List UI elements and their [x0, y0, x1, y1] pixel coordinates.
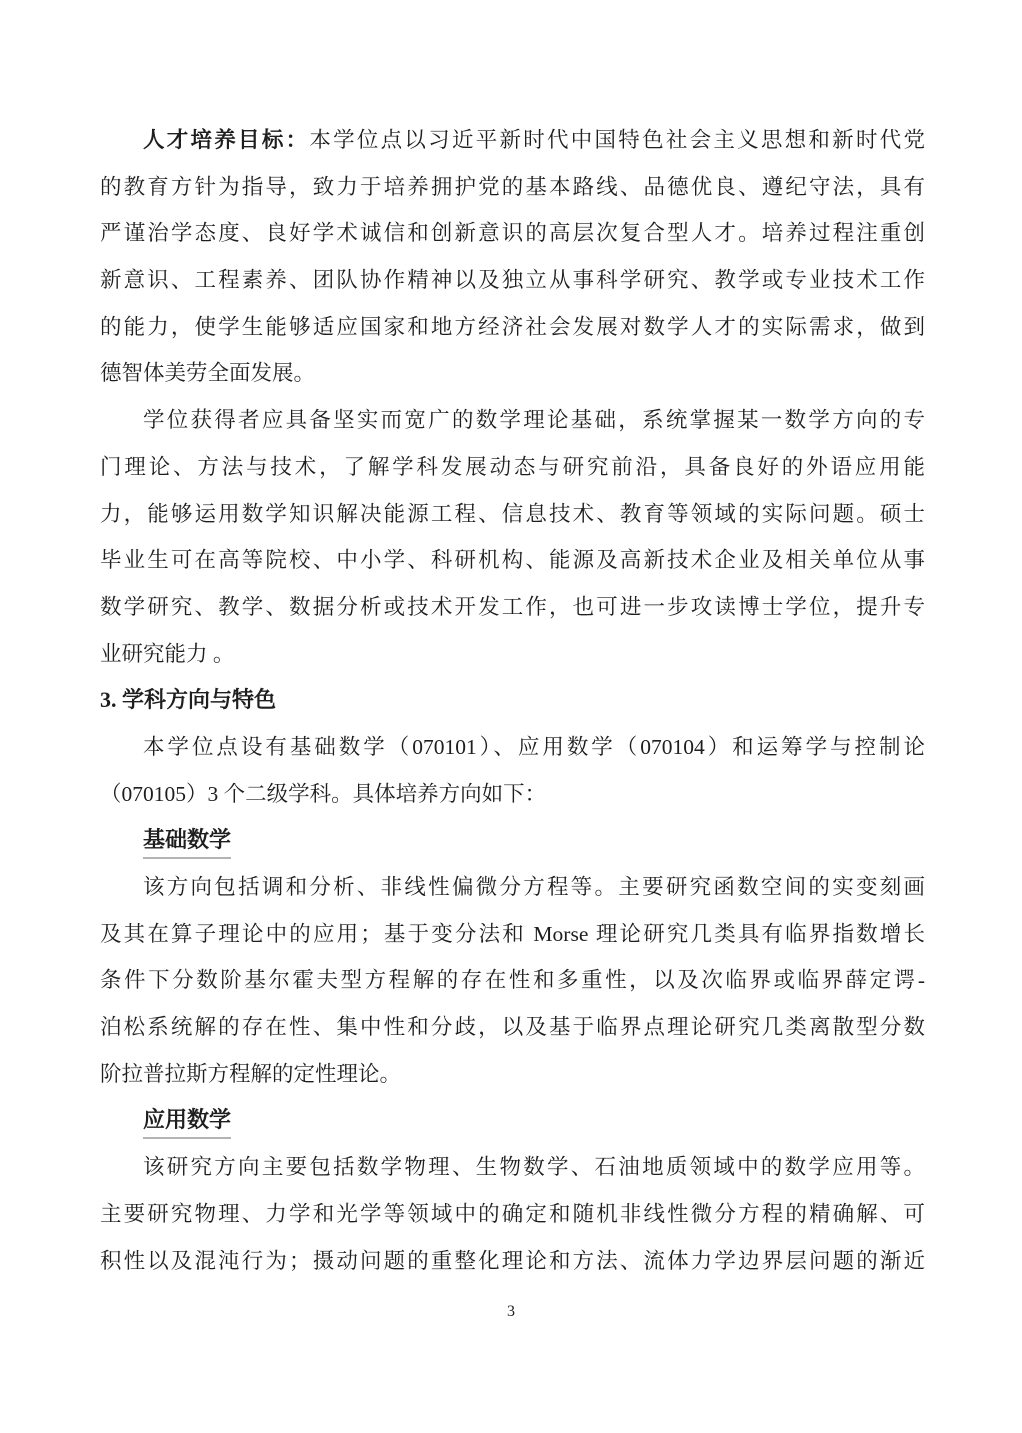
paragraph-applied-mathematics-line: 主要研究物理、力学和光学等领域中的确定和随机非线性微分方程的精确解、可 [100, 1191, 925, 1238]
line-text: 的教育方针为指导，致力于培养拥护党的基本路线、品德优良、遵纪守法，具有 [100, 175, 925, 199]
paragraph-fundamental-mathematics-line: 阶拉普拉斯方程解的定性理论。 [100, 1051, 925, 1098]
line-text: 本学位点以习近平新时代中国特色社会主义思想和新时代党 [309, 128, 925, 152]
line-text: 德智体美劳全面发展。 [100, 361, 315, 385]
heading-text: 应用数学 [143, 1107, 231, 1139]
paragraph-training-objectives-line: 新意识、工程素养、团队协作精神以及独立从事科学研究、教学或专业技术工作 [100, 257, 925, 304]
paragraph-fundamental-mathematics-line: 该方向包括调和分析、非线性偏微分方程等。主要研究函数空间的实变刻画 [100, 864, 925, 911]
paragraph-training-objectives-line: 的教育方针为指导，致力于培养拥护党的基本路线、品德优良、遵纪守法，具有 [100, 164, 925, 211]
page-number: 3 [507, 1303, 515, 1320]
line-text: 业研究能力 。 [100, 642, 234, 666]
paragraph-fundamental-mathematics-line: 泊松系统解的存在性、集中性和分歧，以及基于临界点理论研究几类离散型分数 [100, 1004, 925, 1051]
line-text: 及其在算子理论中的应用；基于变分法和 Morse 理论研究几类具有临界指数增长 [100, 922, 925, 946]
document-page: 人才培养目标：本学位点以习近平新时代中国特色社会主义思想和新时代党的教育方针为指… [0, 0, 1022, 1433]
line-text: 力，能够运用数学知识解决能源工程、信息技术、教育等领域的实际问题。硕士 [100, 502, 925, 526]
paragraph-secondary-disciplines-line: 本学位点设有基础数学（070101）、应用数学（070104）和运筹学与控制论 [100, 724, 925, 771]
line-text: （070105）3 个二级学科。具体培养方向如下： [100, 782, 546, 806]
paragraph-degree-holder-requirements-line: 业研究能力 。 [100, 631, 925, 678]
line-text: 本学位点设有基础数学（070101）、应用数学（070104）和运筹学与控制论 [143, 735, 925, 759]
paragraph-fundamental-mathematics-line: 及其在算子理论中的应用；基于变分法和 Morse 理论研究几类具有临界指数增长 [100, 911, 925, 958]
paragraph-applied-mathematics-line: 该研究方向主要包括数学物理、生物数学、石油地质领域中的数学应用等。 [100, 1144, 925, 1191]
line-text: 该研究方向主要包括数学物理、生物数学、石油地质领域中的数学应用等。 [143, 1155, 925, 1179]
line-text: 数学研究、教学、数据分析或技术开发工作，也可进一步攻读博士学位，提升专 [100, 595, 925, 619]
line-text: 毕业生可在高等院校、中小学、科研机构、能源及高新技术企业及相关单位从事 [100, 548, 925, 572]
paragraph-lead: 人才培养目标： [143, 128, 309, 152]
paragraph-training-objectives-line: 人才培养目标：本学位点以习近平新时代中国特色社会主义思想和新时代党 [100, 117, 925, 164]
subsection-heading-fundamental-mathematics: 基础数学 [100, 817, 925, 864]
line-text: 门理论、方法与技术，了解学科发展动态与研究前沿，具备良好的外语应用能 [100, 455, 925, 479]
paragraph-fundamental-mathematics-line: 条件下分数阶基尔霍夫型方程解的存在性和多重性，以及次临界或临界薛定谔- [100, 957, 925, 1004]
paragraph-degree-holder-requirements-line: 毕业生可在高等院校、中小学、科研机构、能源及高新技术企业及相关单位从事 [100, 537, 925, 584]
line-text: 主要研究物理、力学和光学等领域中的确定和随机非线性微分方程的精确解、可 [100, 1202, 925, 1226]
heading-text: 基础数学 [143, 827, 231, 859]
line-text: 的能力，使学生能够适应国家和地方经济社会发展对数学人才的实际需求，做到 [100, 315, 925, 339]
paragraph-training-objectives-line: 德智体美劳全面发展。 [100, 350, 925, 397]
paragraph-training-objectives-line: 的能力，使学生能够适应国家和地方经济社会发展对数学人才的实际需求，做到 [100, 304, 925, 351]
section-heading-discipline-directions: 3. 学科方向与特色 [100, 677, 925, 724]
paragraph-degree-holder-requirements-line: 学位获得者应具备坚实而宽广的数学理论基础，系统掌握某一数学方向的专 [100, 397, 925, 444]
line-text: 条件下分数阶基尔霍夫型方程解的存在性和多重性，以及次临界或临界薛定谔- [100, 968, 925, 992]
document-body: 人才培养目标：本学位点以习近平新时代中国特色社会主义思想和新时代党的教育方针为指… [100, 117, 925, 1284]
paragraph-degree-holder-requirements-line: 数学研究、教学、数据分析或技术开发工作，也可进一步攻读博士学位，提升专 [100, 584, 925, 631]
paragraph-training-objectives-line: 严谨治学态度、良好学术诚信和创新意识的高层次复合型人才。培养过程注重创 [100, 210, 925, 257]
line-text: 积性以及混沌行为；摄动问题的重整化理论和方法、流体力学边界层问题的渐近 [100, 1249, 925, 1273]
subsection-heading-applied-mathematics: 应用数学 [100, 1097, 925, 1144]
paragraph-degree-holder-requirements-line: 力，能够运用数学知识解决能源工程、信息技术、教育等领域的实际问题。硕士 [100, 491, 925, 538]
line-text: 阶拉普拉斯方程解的定性理论。 [100, 1062, 401, 1086]
line-text: 泊松系统解的存在性、集中性和分歧，以及基于临界点理论研究几类离散型分数 [100, 1015, 925, 1039]
paragraph-secondary-disciplines-line: （070105）3 个二级学科。具体培养方向如下： [100, 771, 925, 818]
line-text: 学位获得者应具备坚实而宽广的数学理论基础，系统掌握某一数学方向的专 [143, 408, 925, 432]
line-text: 新意识、工程素养、团队协作精神以及独立从事科学研究、教学或专业技术工作 [100, 268, 925, 292]
line-text: 该方向包括调和分析、非线性偏微分方程等。主要研究函数空间的实变刻画 [143, 875, 925, 899]
paragraph-degree-holder-requirements-line: 门理论、方法与技术，了解学科发展动态与研究前沿，具备良好的外语应用能 [100, 444, 925, 491]
line-text: 严谨治学态度、良好学术诚信和创新意识的高层次复合型人才。培养过程注重创 [100, 221, 925, 245]
page-footer: 3 [0, 1303, 1022, 1321]
heading-text: 3. 学科方向与特色 [100, 687, 276, 712]
paragraph-applied-mathematics-line: 积性以及混沌行为；摄动问题的重整化理论和方法、流体力学边界层问题的渐近 [100, 1238, 925, 1285]
